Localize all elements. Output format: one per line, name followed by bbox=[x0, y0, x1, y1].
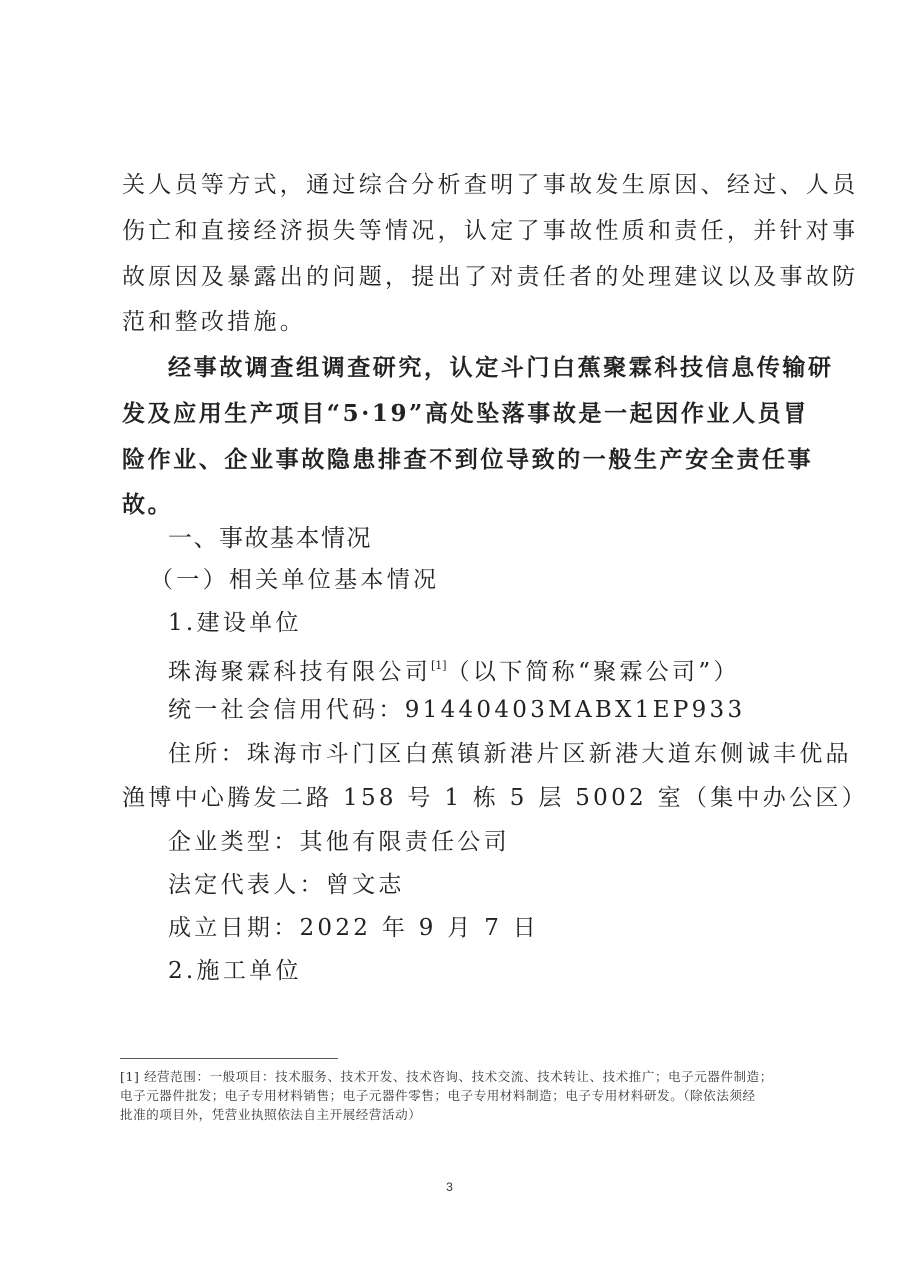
footnote-separator bbox=[120, 1058, 338, 1059]
footnote-line-3: 批准的项目外，凭营业执照依法自主开展经营活动） bbox=[120, 1105, 792, 1124]
item-1-heading: 1.建设单位 bbox=[168, 600, 302, 646]
footnote-line-1: [1] 经营范围：一般项目：技术服务、技术开发、技术咨询、技术交流、技术转让、技… bbox=[120, 1067, 792, 1086]
subsection-heading: （一）相关单位基本情况 bbox=[150, 557, 439, 603]
footnote-ref-link[interactable]: [1] bbox=[431, 659, 447, 672]
address-line-1: 住所：珠海市斗门区白蕉镇新港片区新港大道东侧诚丰优品 bbox=[168, 731, 852, 777]
intro-line-3: 故原因及暴露出的问题，提出了对责任者的处理建议以及事故防 bbox=[122, 254, 858, 300]
intro-line-4: 范和整改措施。 bbox=[122, 299, 306, 345]
legal-representative: 法定代表人：曾文志 bbox=[168, 862, 405, 908]
conclusion-line-4: 故。 bbox=[122, 482, 173, 528]
establishment-date: 成立日期：2022 年 9 月 7 日 bbox=[168, 905, 539, 951]
address-line-2: 渔博中心腾发二路 158 号 1 栋 5 层 5002 室（集中办公区） bbox=[122, 775, 868, 821]
company-alias: （以下简称“聚霖公司”） bbox=[447, 659, 740, 685]
item-2-heading: 2.施工单位 bbox=[168, 948, 302, 994]
conclusion-line-1: 经事故调查组调查研究，认定斗门白蕉聚霖科技信息传输研 bbox=[168, 345, 834, 391]
intro-line-1: 关人员等方式，通过综合分析查明了事故发生原因、经过、人员 bbox=[122, 162, 858, 208]
company-name: 珠海聚霖科技有限公司 bbox=[168, 659, 431, 685]
conclusion-line-2: 发及应用生产项目“5·19”高处坠落事故是一起因作业人员冒 bbox=[122, 391, 809, 437]
footnote-line-2: 电子元器件批发；电子专用材料销售；电子元器件零售；电子专用材料制造；电子专用材料… bbox=[120, 1086, 792, 1105]
document-page: 关人员等方式，通过综合分析查明了事故发生原因、经过、人员 伤亡和直接经济损失等情… bbox=[0, 0, 899, 1272]
intro-line-2: 伤亡和直接经济损失等情况，认定了事故性质和责任，并针对事 bbox=[122, 208, 858, 254]
company-name-line: 珠海聚霖科技有限公司[1]（以下简称“聚霖公司”） bbox=[168, 643, 740, 689]
credit-code: 统一社会信用代码：91440403MABX1EP933 bbox=[168, 687, 745, 733]
page-number: 3 bbox=[0, 1180, 899, 1194]
conclusion-line-3: 险作业、企业事故隐患排查不到位导致的一般生产安全责任事 bbox=[122, 437, 813, 483]
section-heading: 一、事故基本情况 bbox=[168, 515, 372, 561]
footnote: [1] 经营范围：一般项目：技术服务、技术开发、技术咨询、技术交流、技术转让、技… bbox=[120, 1067, 792, 1124]
enterprise-type: 企业类型：其他有限责任公司 bbox=[168, 819, 510, 865]
